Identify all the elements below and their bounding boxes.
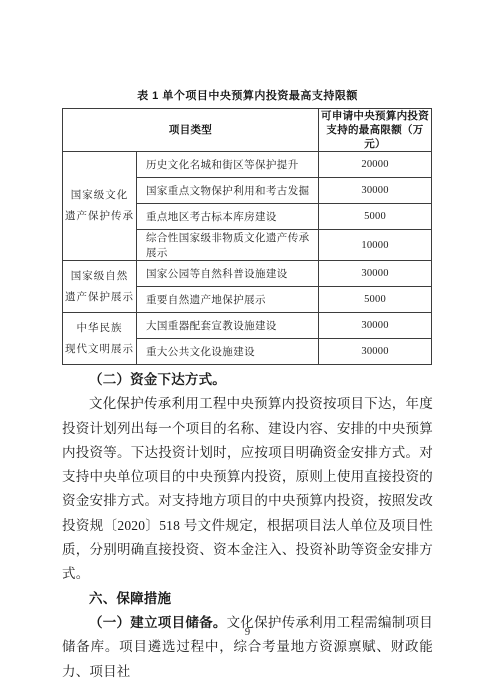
item-cell: 重要自然遗产地保护展示 <box>137 287 319 313</box>
item-cell: 重点地区考古标本库房建设 <box>137 204 319 230</box>
header-max-limit: 可申请中央预算内投资 支持的最高限额（万元） <box>319 109 432 152</box>
item-cell: 综合性国家级非物质文化遗产传承展示 <box>137 230 319 261</box>
section-title-safeguards: 六、保障措施 <box>62 587 433 611</box>
page-content: 表 1 单个项目中央预算内投资最高支持限额 项目类型 可申请中央预算内投资 支持… <box>62 88 433 684</box>
paragraph-funding-method: 文化保护传承利用工程中央预算内投资按项目下达，年度投资计划列出每一个项目的名称、… <box>62 392 433 586</box>
header-project-type: 项目类型 <box>63 109 319 152</box>
table-header-row: 项目类型 可申请中央预算内投资 支持的最高限额（万元） <box>63 109 432 152</box>
item-cell: 国家公园等自然科普设施建设 <box>137 261 319 287</box>
group-cell-modern-civilization: 中华民族 现代文明展示 <box>63 313 137 365</box>
value-cell: 10000 <box>319 230 432 261</box>
item-cell: 国家重点文物保护利用和考古发掘 <box>137 178 319 204</box>
item-cell: 大国重器配套宣教设施建设 <box>137 313 319 339</box>
table-row: 国家级文化 遗产保护传承 历史文化名城和街区等保护提升 20000 <box>63 152 432 178</box>
group-cell-natural-heritage: 国家级自然 遗产保护展示 <box>63 261 137 313</box>
value-cell: 30000 <box>319 313 432 339</box>
table-header: 项目类型 可申请中央预算内投资 支持的最高限额（万元） <box>63 109 432 152</box>
page-number: 9 <box>0 627 495 638</box>
value-cell: 5000 <box>319 287 432 313</box>
table-row: 中华民族 现代文明展示 大国重器配套宣教设施建设 30000 <box>63 313 432 339</box>
value-cell: 5000 <box>319 204 432 230</box>
investment-limit-table: 项目类型 可申请中央预算内投资 支持的最高限额（万元） 国家级文化 遗产保护传承… <box>62 108 432 365</box>
subsection-title-funding-method: （二）资金下达方式。 <box>62 368 433 392</box>
value-cell: 20000 <box>319 152 432 178</box>
table-row: 国家级自然 遗产保护展示 国家公园等自然科普设施建设 30000 <box>63 261 432 287</box>
document-page: 表 1 单个项目中央预算内投资最高支持限额 项目类型 可申请中央预算内投资 支持… <box>0 0 495 700</box>
table-body: 国家级文化 遗产保护传承 历史文化名城和街区等保护提升 20000 国家重点文物… <box>63 152 432 365</box>
paragraph-project-reserve: （一）建立项目储备。文化保护传承利用工程需编制项目储备库。项目遴选过程中，综合考… <box>62 611 433 684</box>
value-cell: 30000 <box>319 261 432 287</box>
group-cell-cultural-heritage: 国家级文化 遗产保护传承 <box>63 152 137 261</box>
value-cell: 30000 <box>319 178 432 204</box>
item-cell: 重大公共文化设施建设 <box>137 339 319 365</box>
table-caption: 表 1 单个项目中央预算内投资最高支持限额 <box>62 88 433 104</box>
value-cell: 30000 <box>319 339 432 365</box>
item-cell: 历史文化名城和街区等保护提升 <box>137 152 319 178</box>
